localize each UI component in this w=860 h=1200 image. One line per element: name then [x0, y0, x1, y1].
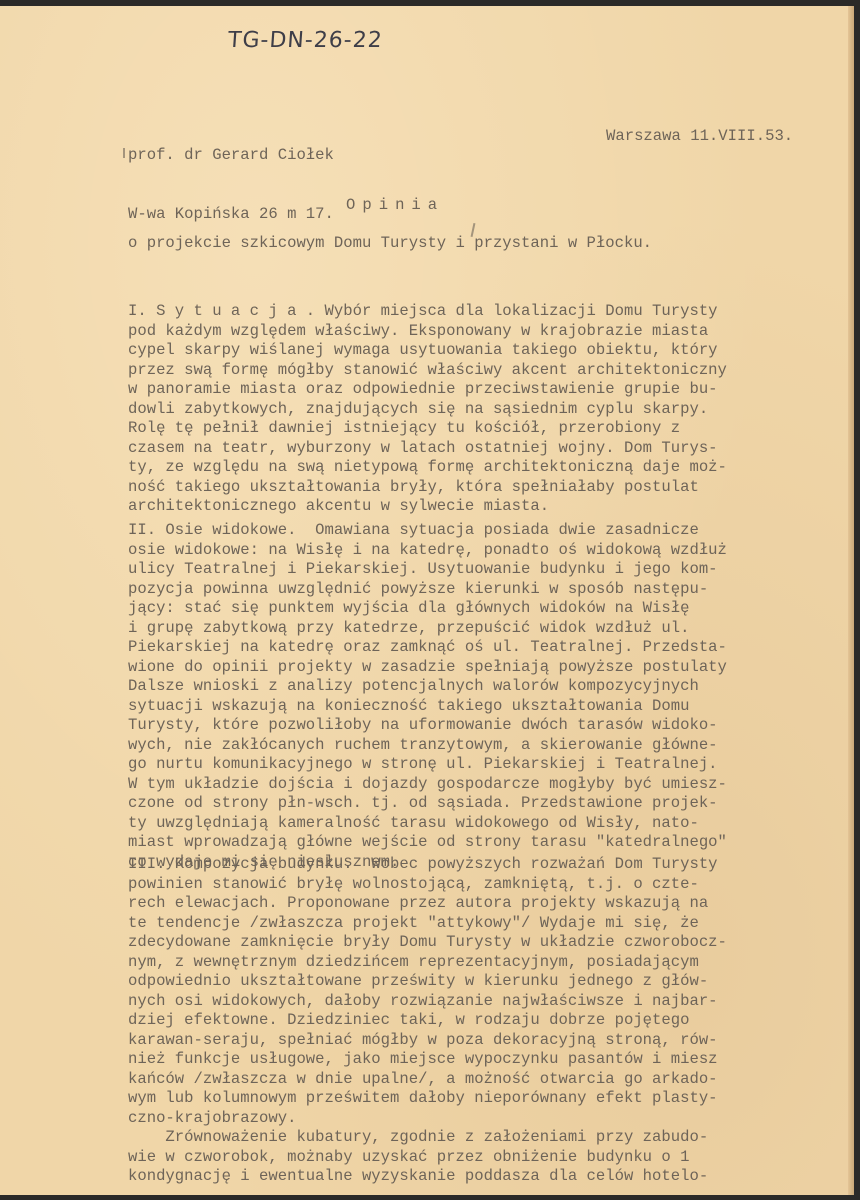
text-line: ność takiego ukształtowania bryły, która…: [128, 478, 727, 498]
text-line: zdecydowane zamknięcie bryły Domu Turyst…: [128, 933, 727, 953]
text-line: czasem na teatr, wyburzony w latach osta…: [128, 439, 727, 459]
document-title: Opinia: [346, 196, 444, 216]
text-line: architektonicznego akcentu w sylwecie mi…: [128, 497, 727, 517]
archive-reference: TG-DN-26-22: [227, 28, 383, 53]
pencil-mark: [123, 148, 125, 158]
section-situation: I. S y t u a c j a . Wybór miejsca dla l…: [128, 302, 727, 517]
text-line: nież funkcje usługowe, jako miejsce wypo…: [128, 1050, 727, 1070]
text-line: ty, ze względu na swą nietypową formę ar…: [128, 458, 727, 478]
text-line: ty uwzględniają kameralność tarasu widok…: [128, 814, 727, 834]
text-line: sytuacji wskazują na konieczność takiego…: [128, 697, 727, 717]
text-line: w panoramie miasta oraz odpowiednie prze…: [128, 380, 727, 400]
text-line: pozycja powinna uwzględnić powyższe kier…: [128, 580, 727, 600]
text-line: cypel skarpy wiślanej wymaga usytuowania…: [128, 341, 727, 361]
section-building-composition: III. Kompozycja budynku. Wobec powyższyc…: [128, 855, 727, 1187]
text-line: miast wprowadzają główne wejście od stro…: [128, 833, 727, 853]
text-line: osie widokowe: na Wisłę i na katedrę, po…: [128, 541, 727, 561]
text-line: karawan-seraju, spełniać mógłby w poza d…: [128, 1031, 727, 1051]
text-line: II. Osie widokowe. Omawiana sytuacja pos…: [128, 521, 727, 541]
sender-address: W-wa Kopińska 26 m 17.: [128, 205, 334, 225]
text-line: wym lub kolumnowym prześwitem dałoby nie…: [128, 1089, 727, 1109]
text-line: Rolę tę pełnił dawniej istniejący tu koś…: [128, 419, 727, 439]
text-line: odpowiednio ukształtowane prześwity w ki…: [128, 972, 727, 992]
text-line: czone od strony płn-wsch. tj. od sąsiada…: [128, 794, 727, 814]
text-line: kondygnację i ewentualne wyzyskanie podd…: [128, 1167, 727, 1187]
text-line: wych, nie zakłócanych ruchem tranzytowym…: [128, 736, 727, 756]
text-line: Dalsze wnioski z analizy potencjalnych w…: [128, 677, 727, 697]
text-line: nych osi widokowych, dałoby rozwiązanie …: [128, 992, 727, 1012]
text-line: rech elewacjach. Proponowane przez autor…: [128, 894, 727, 914]
text-line: i grupę zabytkową przy katedrze, przepuś…: [128, 619, 727, 639]
text-line: wione do opinii projekty w zasadzie speł…: [128, 658, 727, 678]
text-line: wie w czworobok, możnaby uzyskać przez o…: [128, 1148, 727, 1168]
text-line: przez swą formę mógłby stanowić właściwy…: [128, 361, 727, 381]
text-line: Turysty, które pozwoliłoby na uformowani…: [128, 716, 727, 736]
text-line: W tym układzie dojścia i dojazdy gospoda…: [128, 775, 727, 795]
document-page: TG-DN-26-22 prof. dr Gerard Ciołek W-wa …: [0, 6, 854, 1195]
section-view-axes: II. Osie widokowe. Omawiana sytuacja pos…: [128, 521, 727, 872]
text-line: dziej efektowne. Dziedziniec taki, w rod…: [128, 1011, 727, 1031]
text-line: Zrównoważenie kubatury, zgodnie z założe…: [128, 1128, 727, 1148]
text-line: I. S y t u a c j a . Wybór miejsca dla l…: [128, 302, 727, 322]
text-line: pod każdym względem właściwy. Eksponowan…: [128, 322, 727, 342]
page-edge: [848, 6, 854, 1195]
text-line: III. Kompozycja budynku. Wobec powyższyc…: [128, 855, 727, 875]
place-date: Warszawa 11.VIII.53.: [606, 127, 793, 147]
text-line: go nurtu komunikacyjnego w stronę ul. Pi…: [128, 755, 727, 775]
text-line: jący: stać się punktem wyjścia dla główn…: [128, 599, 727, 619]
text-line: ulicy Teatralnej i Piekarskiej. Usytuowa…: [128, 560, 727, 580]
text-line: kańców /zwłaszcza w dnie upalne/, a możn…: [128, 1070, 727, 1090]
text-line: nym, z wewnętrznym dziedzińcem reprezent…: [128, 953, 727, 973]
text-line: powinien stanowić bryłę wolnostojącą, za…: [128, 875, 727, 895]
document-subtitle: o projekcie szkicowym Domu Turysty i prz…: [128, 234, 652, 254]
text-line: dowli zabytkowych, znajdujących się na s…: [128, 400, 727, 420]
text-line: czno-krajobrazowy.: [128, 1109, 727, 1129]
text-line: te tendencje /zwłaszcza projekt "attykow…: [128, 914, 727, 934]
sender-name: prof. dr Gerard Ciołek: [128, 146, 334, 166]
text-line: Piekarskiej na katedrę oraz zamknąć oś u…: [128, 638, 727, 658]
